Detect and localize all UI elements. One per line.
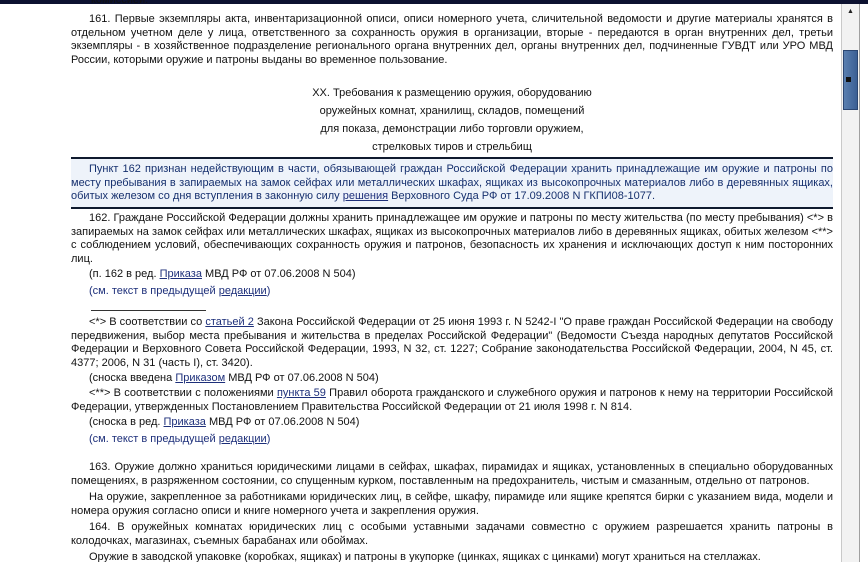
ref-text: (сноска в ред. [89,416,164,428]
ref-text: (см. текст в предыдущей [89,285,219,297]
edition-reference: (п. 162 в ред. Приказа МВД РФ от 07.06.2… [71,266,833,283]
ref-text: (сноска введена [89,372,175,384]
document-view: комиссией. 161. Первые экземпляры акта, … [71,0,833,562]
scrollbar-thumb[interactable] [843,50,858,110]
scroll-up-arrow-icon[interactable]: ▲ [842,4,859,19]
heading-line: стрелковых тиров и стрельбищ [71,138,833,156]
paragraph-text: Оружие в заводской упаковке (коробках, я… [71,551,833,562]
law-article-link[interactable]: статьей 2 [205,316,254,328]
court-notice-box: Пункт 162 признан недействующим в части,… [71,157,833,209]
previous-edition-reference: (см. текст в предыдущей редакции) [71,283,833,300]
paragraph-text: 163. Оружие должно храниться юридическим… [71,461,833,488]
footnote-1: <*> В соответствии со статьей 2 Закона Р… [71,316,833,370]
ref-text: (см. текст в предыдущей [89,433,219,445]
previous-edition-link[interactable]: редакции [219,285,267,297]
ref-text: МВД РФ от 07.06.2008 N 504) [206,416,360,428]
notice-text: Пункт 162 признан недействующим в части,… [71,163,833,204]
heading-line: для показа, демонстрации либо торговли о… [71,120,833,138]
ref-text: ) [267,285,271,297]
footnote-separator [91,310,206,311]
ref-text: (п. 162 в ред. [89,268,160,280]
paragraph-161: 161. Первые экземпляры акта, инвентариза… [71,13,833,67]
ref-text: МВД РФ от 07.06.2008 N 504) [202,268,356,280]
notice-text-part: Верховного Суда РФ от 17.09.2008 N ГКПИ0… [388,190,655,202]
vertical-scrollbar[interactable]: ▲ [841,4,860,562]
heading-line: оружейных комнат, хранилищ, складов, пом… [71,102,833,120]
window-right-edge [859,4,868,562]
ref-text: МВД РФ от 07.06.2008 N 504) [225,372,379,384]
heading-line: XX. Требования к размещению оружия, обор… [71,84,833,102]
footnote-text: <*> В соответствии со [89,316,205,328]
paragraphs-163-164: 163. Оружие должно храниться юридическим… [71,461,833,562]
footnotes: <*> В соответствии со статьей 2 Закона Р… [71,316,833,448]
rules-paragraph-link[interactable]: пункта 59 [277,387,326,399]
paragraph-text: На оружие, закрепленное за работниками ю… [71,491,833,518]
previous-edition-reference: (см. текст в предыдущей редакции) [71,431,833,448]
paragraph-162: 162. Граждане Российской Федерации должн… [71,212,833,300]
cut-off-text: комиссией. [91,0,148,6]
paragraph-text: 162. Граждане Российской Федерации должн… [71,212,833,266]
paragraph-text: 164. В оружейных комнатах юридических ли… [71,521,833,548]
paragraph-text: 161. Первые экземпляры акта, инвентариза… [71,13,833,67]
section-heading: XX. Требования к размещению оружия, обор… [71,84,833,156]
footnote-1-reference: (сноска введена Приказом МВД РФ от 07.06… [71,370,833,387]
order-link[interactable]: Приказа [164,416,206,428]
previous-edition-link[interactable]: редакции [219,433,267,445]
order-link[interactable]: Приказом [175,372,225,384]
footnote-2: <**> В соответствии с положениями пункта… [71,387,833,414]
footnote-2-reference: (сноска в ред. Приказа МВД РФ от 07.06.2… [71,414,833,431]
ref-text: ) [267,433,271,445]
grip-icon [846,77,851,82]
court-decision-link[interactable]: решения [343,190,388,202]
footnote-text: <**> В соответствии с положениями [89,387,277,399]
order-link[interactable]: Приказа [160,268,202,280]
